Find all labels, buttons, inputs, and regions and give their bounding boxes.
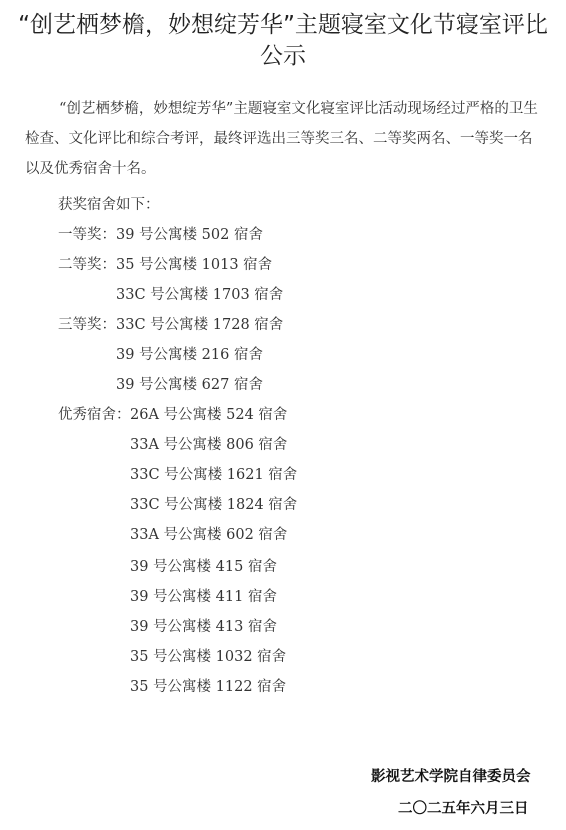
award-item: 26A 号公寓楼 524 宿舍 <box>130 403 287 424</box>
award-item: 33C 号公寓楼 1824 宿舍 <box>130 493 297 514</box>
document-title-line2: 公示 <box>0 37 566 70</box>
award-item: 33C 号公寓楼 1703 宿舍 <box>116 283 283 304</box>
award-item: 39 号公寓楼 502 宿舍 <box>116 223 263 244</box>
document-title-line1: “创艺栖梦檐，妙想绽芳华”主题寝室文化节寝室评比 <box>0 6 566 39</box>
award-label-first: 一等奖： <box>58 223 116 244</box>
award-item: 33A 号公寓楼 806 宿舍 <box>130 433 287 454</box>
award-item: 39 号公寓楼 413 宿舍 <box>130 615 277 636</box>
award-item: 35 号公寓楼 1032 宿舍 <box>130 645 286 666</box>
award-label-excellent: 优秀宿舍： <box>58 403 131 424</box>
award-item: 35 号公寓楼 1013 宿舍 <box>116 253 272 274</box>
award-item: 33C 号公寓楼 1621 宿舍 <box>130 463 297 484</box>
award-label-second: 二等奖： <box>58 253 116 274</box>
award-item: 39 号公寓楼 216 宿舍 <box>116 343 263 364</box>
award-item: 39 号公寓楼 415 宿舍 <box>130 555 277 576</box>
signature-date: 二〇二五年六月三日 <box>398 797 529 818</box>
award-item: 39 号公寓楼 627 宿舍 <box>116 373 263 394</box>
award-item: 33C 号公寓楼 1728 宿舍 <box>116 313 283 334</box>
award-item: 39 号公寓楼 411 宿舍 <box>130 585 277 606</box>
award-item: 33A 号公寓楼 602 宿舍 <box>130 523 287 544</box>
signature-org: 影视艺术学院自律委员会 <box>371 765 531 786</box>
award-label-third: 三等奖： <box>58 313 116 334</box>
award-item: 35 号公寓楼 1122 宿舍 <box>130 675 286 696</box>
intro-paragraph: “创艺栖梦檐，妙想绽芳华”主题寝室文化寝室评比活动现场经过严格的卫生检查、文化评… <box>25 94 541 184</box>
list-heading: 获奖宿舍如下： <box>58 193 160 214</box>
